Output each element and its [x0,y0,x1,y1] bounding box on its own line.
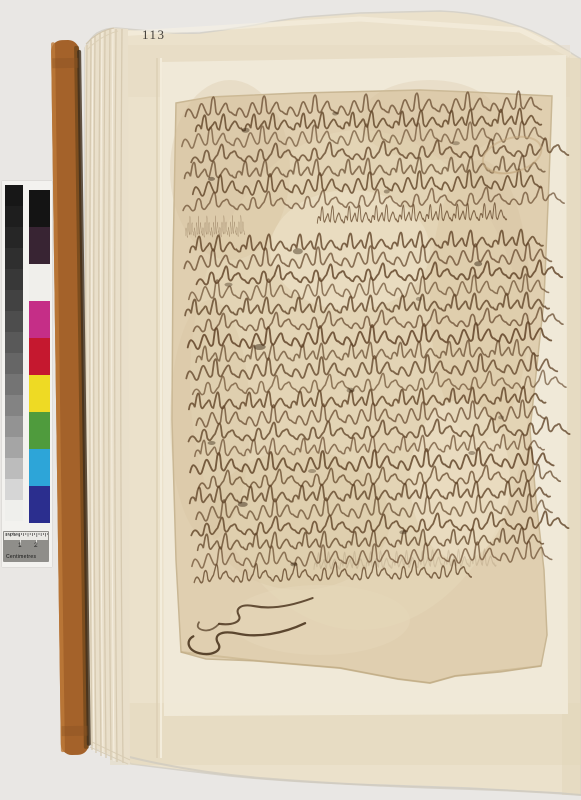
gray-patch [5,500,23,521]
gray-patch [5,416,23,437]
gray-patch [5,437,23,458]
gray-patch [5,185,23,206]
color-patch-white [29,264,50,301]
color-calibration-bar: Inches 1 2 Centimetres [2,181,52,567]
color-patch-darkpurple [29,227,50,264]
gray-patch [5,395,23,416]
grayscale-strip [5,185,23,521]
gray-patch [5,458,23,479]
book-illustration [0,0,581,800]
gray-patch [5,374,23,395]
gray-patch [5,332,23,353]
color-patch-red [29,338,50,375]
gray-patch [5,227,23,248]
color-strip [29,190,50,523]
page-number: 113 [142,27,166,43]
gray-patch [5,353,23,374]
ruler-inches-scale: Inches [4,532,48,540]
gray-patch [5,248,23,269]
page-stack-edges [85,28,130,764]
gray-patch [5,269,23,290]
color-patch-navy [29,486,50,523]
gray-patch [5,206,23,227]
gray-patch [5,479,23,500]
color-patch-black [29,190,50,227]
color-patch-magenta [29,301,50,338]
ruler-inches-label: Inches [6,532,20,537]
ruler-number-2: 2 [34,542,38,549]
gray-patch [5,290,23,311]
ruler-number-1: 1 [18,542,22,549]
color-patch-green [29,412,50,449]
color-patch-yellow [29,375,50,412]
ruler-centimetres-label: Centimetres [6,554,36,560]
color-patch-cyan [29,449,50,486]
ruler: Inches 1 2 Centimetres [3,531,49,562]
photograph: 113 [0,0,581,800]
gray-patch [5,311,23,332]
